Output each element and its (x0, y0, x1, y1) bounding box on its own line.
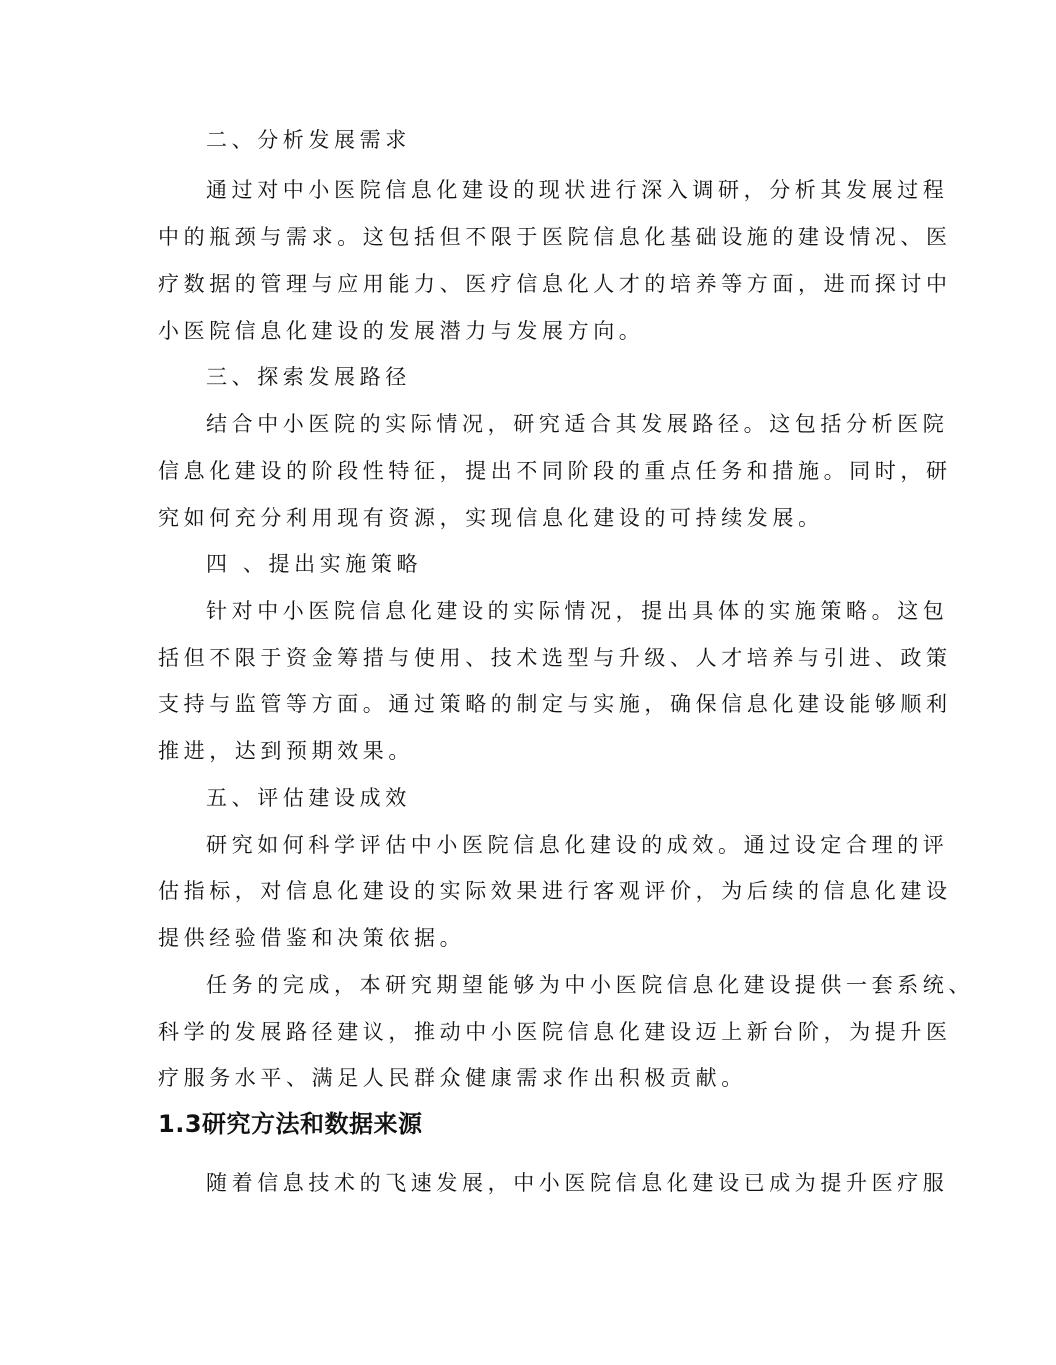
paragraph-line: 通过对中小医院信息化建设的现状进行深入调研，分析其发展过程 (206, 180, 948, 201)
paragraph-line: 中的瓶颈与需求。这包括但不限于医院信息化基础设施的建设情况、医 (158, 227, 952, 248)
paragraph-line: 究如何充分利用现有资源，实现信息化建设的可持续发展。 (158, 508, 824, 529)
paragraph-line: 研究如何科学评估中小医院信息化建设的成效。通过设定合理的评 (206, 835, 948, 856)
paragraph-line: 推进，达到预期效果。 (158, 741, 414, 762)
paragraph-line: 信息化建设的阶段性特征，提出不同阶段的重点任务和措施。同时，研 (158, 461, 952, 482)
subheading-3: 三、探索发展路径 (206, 367, 411, 388)
subheading-5: 五、评估建设成效 (206, 788, 411, 809)
paragraph-line: 随着信息技术的飞速发展，中小医院信息化建设已成为提升医疗服 (206, 1173, 948, 1194)
subheading-4: 四 、提出实施策略 (206, 554, 422, 575)
subheading-2: 二、分析发展需求 (206, 130, 411, 151)
paragraph-line: 疗服务水平、满足人民群众健康需求作出积极贡献。 (158, 1068, 747, 1089)
paragraph-line: 针对中小医院信息化建设的实际情况，提出具体的实施策略。这包 (206, 601, 948, 622)
paragraph-line: 估指标，对信息化建设的实际效果进行客观评价，为后续的信息化建设 (158, 881, 952, 902)
paragraph-line: 括但不限于资金筹措与使用、技术选型与升级、人才培养与引进、政策 (158, 648, 952, 669)
paragraph-line: 任务的完成，本研究期望能够为中小医院信息化建设提供一套系统、 (206, 975, 974, 996)
paragraph-line: 支持与监管等方面。通过策略的制定与实施，确保信息化建设能够顺利 (158, 694, 952, 715)
paragraph-line: 疗数据的管理与应用能力、医疗信息化人才的培养等方面，进而探讨中 (158, 274, 952, 295)
paragraph-line: 结合中小医院的实际情况，研究适合其发展路径。这包括分析医院 (206, 414, 948, 435)
paragraph-line: 小医院信息化建设的发展潜力与发展方向。 (158, 321, 644, 342)
section-heading: 1.3研究方法和数据来源 (158, 1112, 423, 1136)
paragraph-line: 提供经验借鉴和决策依据。 (158, 928, 465, 949)
paragraph-line: 科学的发展路径建议，推动中小医院信息化建设迈上新台阶，为提升医 (158, 1022, 952, 1043)
